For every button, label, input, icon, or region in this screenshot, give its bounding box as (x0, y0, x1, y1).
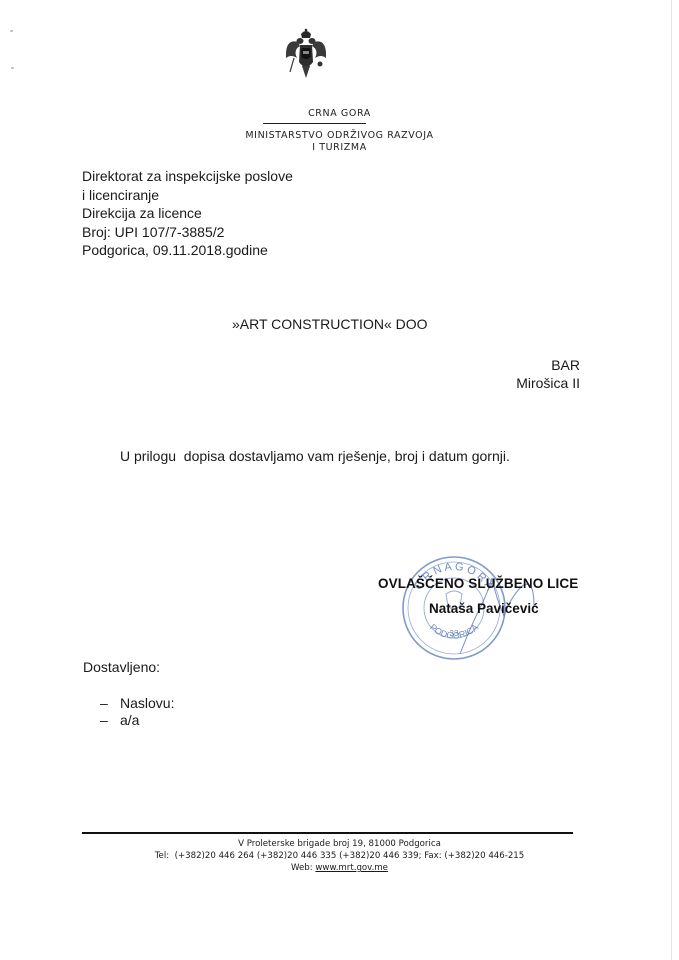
sender-directorate-cont: i licenciranje (82, 186, 293, 205)
reference-number: Broj: UPI 107/7-3885/2 (82, 223, 293, 242)
list-item: – Naslovu: (100, 695, 174, 712)
recipient-address: BAR Mirošica II (516, 356, 580, 392)
ministry-line-2: I TURIZMA (0, 142, 679, 154)
ministry-line-1: MINISTARSTVO ODRŽIVOG RAZVOJA (0, 130, 679, 142)
list-dash: – (100, 695, 120, 712)
sender-directorate: Direktorat za inspekcijske poslove (82, 167, 293, 186)
delivered-list: – Naslovu: – a/a (100, 695, 174, 729)
signatory-name: Nataša Pavičević (429, 601, 539, 616)
sender-directorate-unit: Direkcija za licence (82, 204, 293, 223)
signatory-title: OVLAŠĆENO SLUŽBENO LICE (378, 576, 578, 591)
footer-divider (82, 832, 573, 834)
recipient-name: »ART CONSTRUCTION« DOO (232, 316, 428, 332)
list-item-text: Naslovu: (120, 695, 174, 712)
website-link[interactable]: www.mrt.gov.me (315, 863, 388, 873)
recipient-street: Mirošica II (516, 374, 580, 392)
coat-of-arms-icon (283, 28, 329, 80)
recipient-city: BAR (516, 356, 580, 374)
list-item: – a/a (100, 712, 174, 729)
footer-contacts: Tel: (+382)20 446 264 (+382)20 446 335 (… (0, 850, 679, 862)
scan-speck (10, 30, 13, 32)
footer-web: Web: www.mrt.gov.me (0, 862, 679, 874)
list-dash: – (100, 712, 120, 729)
letter-body: U prilogu dopisa dostavljamo vam rješenj… (120, 448, 510, 464)
footer: V Proleterske brigade broj 19, 81000 Pod… (0, 838, 679, 874)
letterhead-divider (263, 123, 366, 124)
ministry-name: MINISTARSTVO ODRŽIVOG RAZVOJA I TURIZMA (0, 130, 679, 154)
country-name: CRNA GORA (0, 108, 679, 119)
place-and-date: Podgorica, 09.11.2018.godine (82, 241, 293, 260)
footer-web-label: Web: (291, 863, 315, 873)
list-item-text: a/a (120, 712, 139, 729)
footer-address: V Proleterske brigade broj 19, 81000 Pod… (0, 838, 679, 850)
delivered-label: Dostavljeno: (83, 659, 160, 675)
sender-block: Direktorat za inspekcijske poslove i lic… (82, 167, 293, 260)
scan-speck (11, 67, 14, 69)
